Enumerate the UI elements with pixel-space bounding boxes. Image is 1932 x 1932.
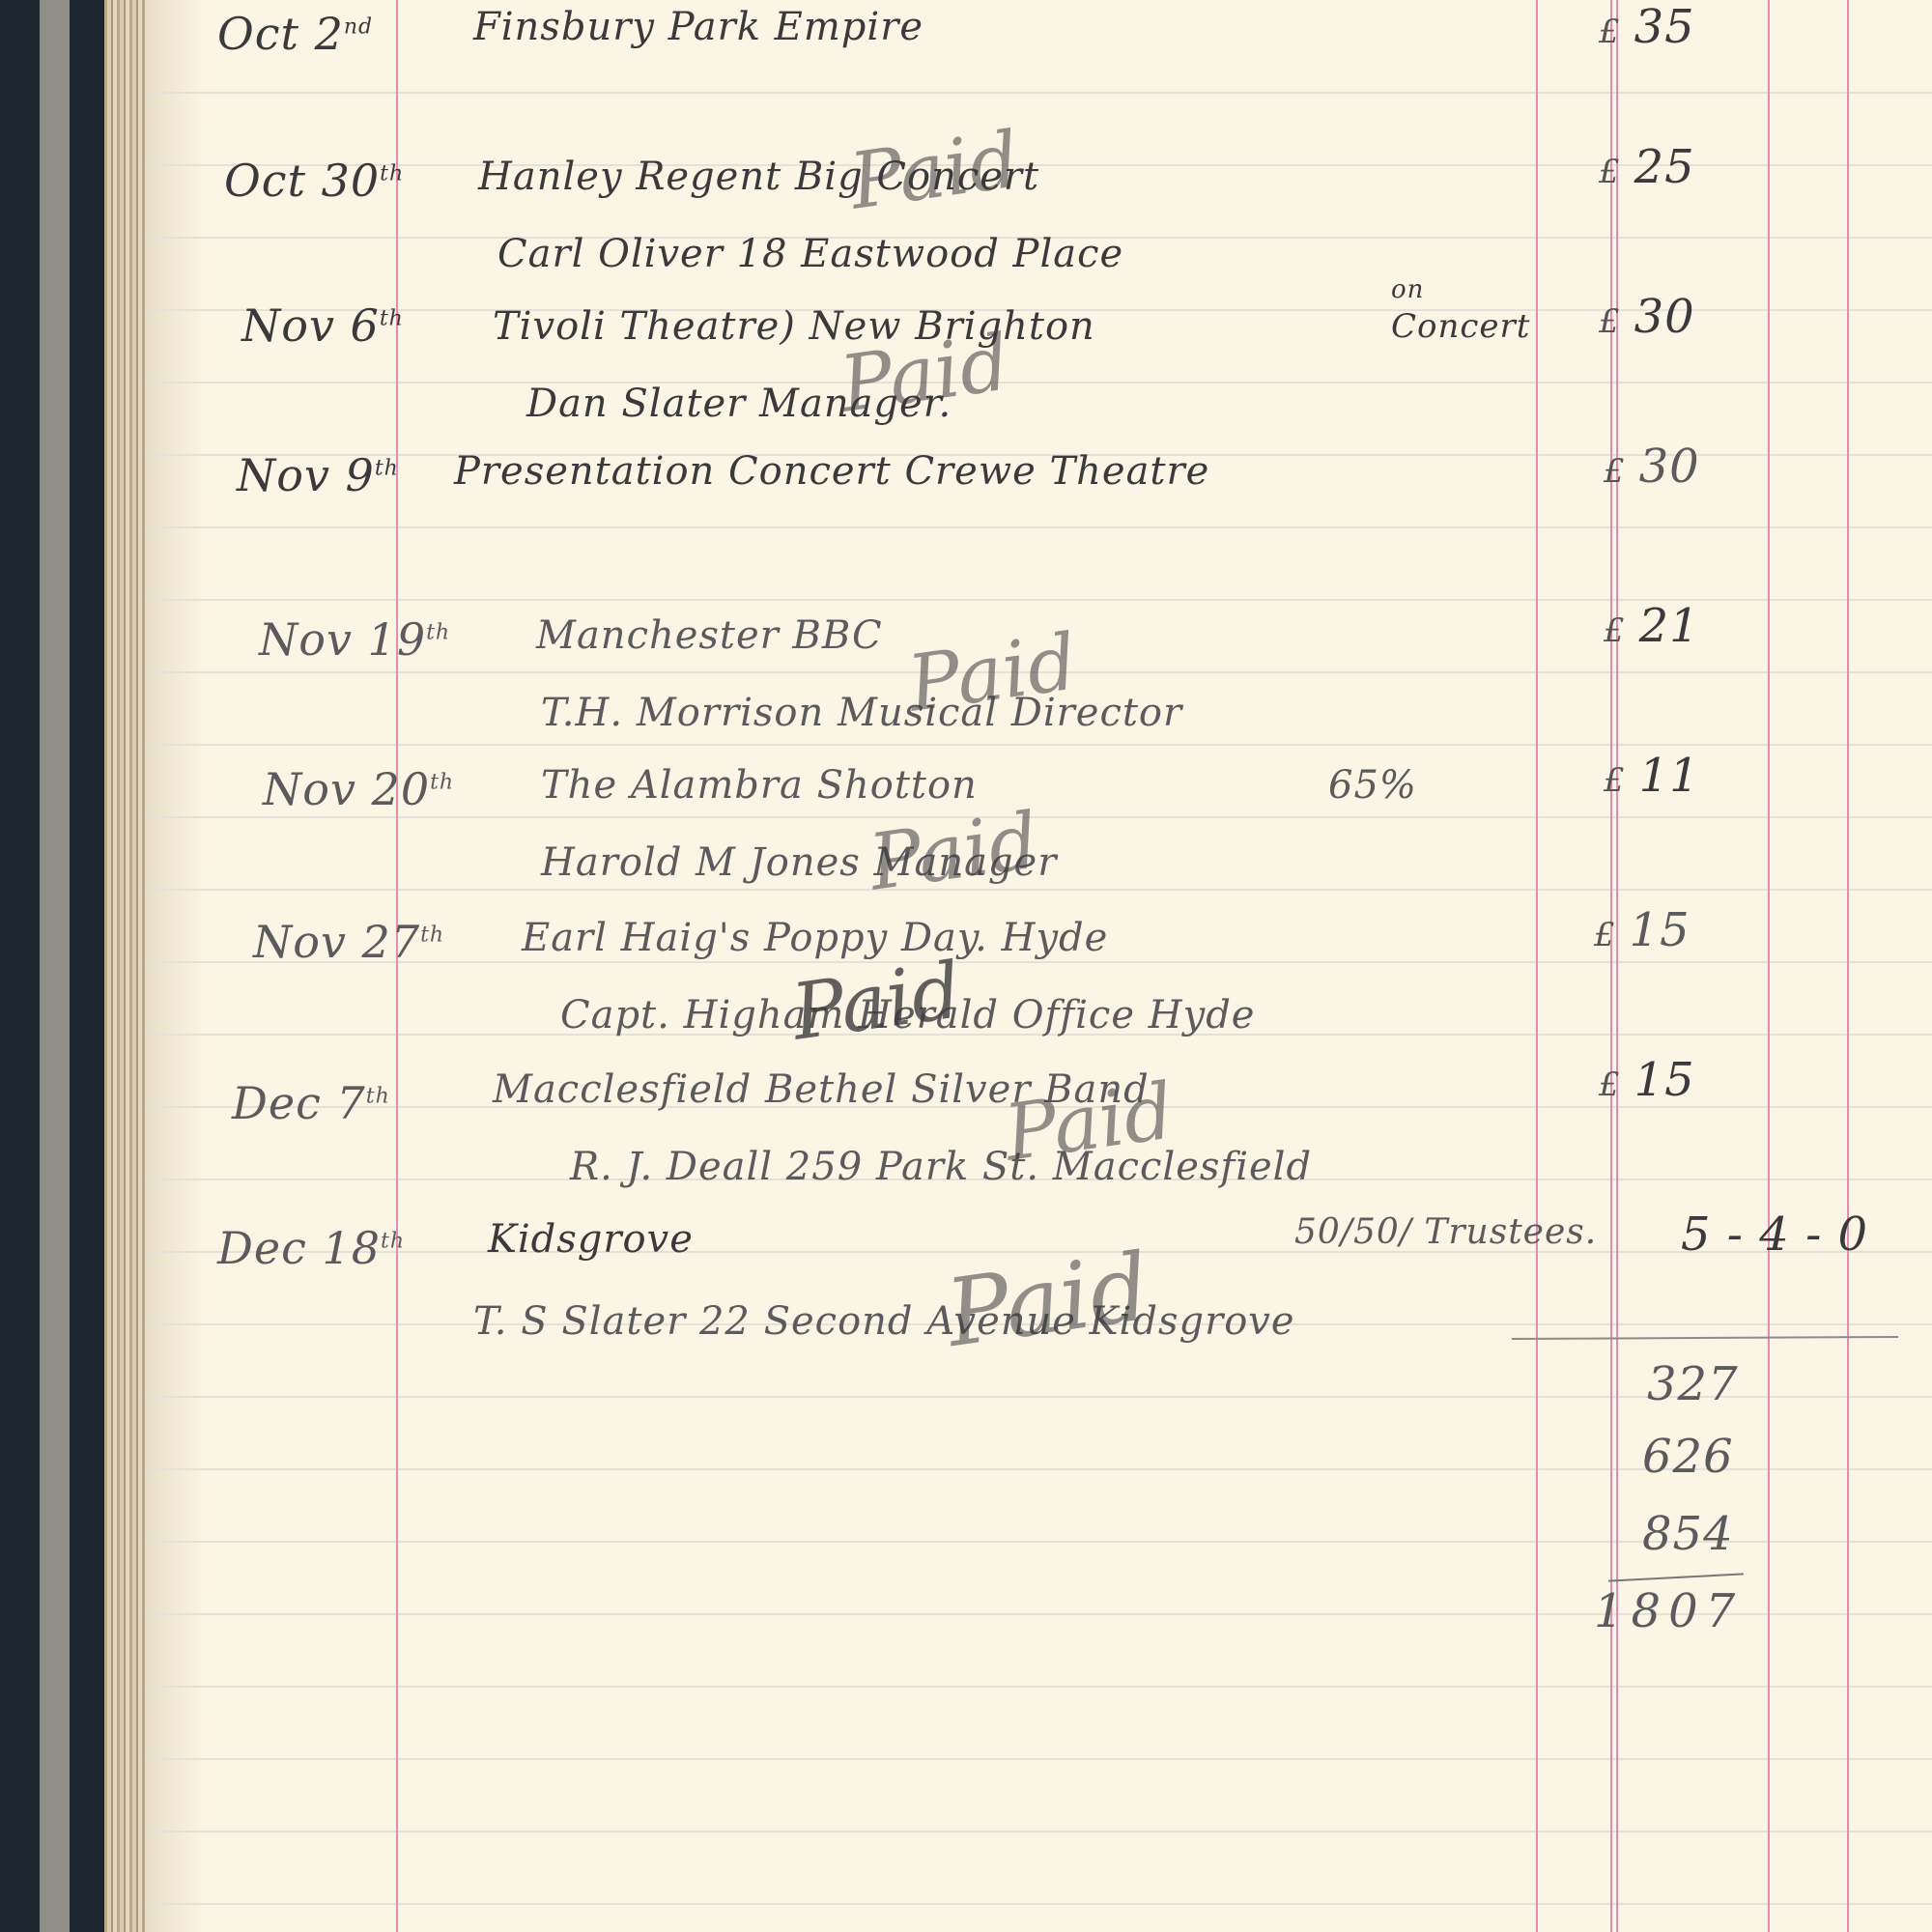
rule-line <box>145 382 1932 384</box>
book-spine <box>70 0 108 1932</box>
rule-line <box>145 816 1932 818</box>
entry-date: Nov 9th <box>237 449 399 501</box>
entry-date: Nov 6th <box>241 299 404 352</box>
book-cover-edge <box>0 0 43 1932</box>
tally-total: 1807 <box>1594 1584 1743 1638</box>
entry-venue: Manchester BBC <box>536 613 883 658</box>
entry-contact: R. J. Deall 259 Park St. Macclesfield <box>570 1145 1312 1189</box>
entry-venue: Earl Haig's Poppy Day. Hyde <box>522 916 1108 960</box>
rule-line <box>145 1903 1932 1905</box>
tally-figure: 854 <box>1642 1507 1734 1561</box>
entry-amount: £15 <box>1599 1053 1695 1107</box>
rule-line <box>145 744 1932 746</box>
entry-amount: £21 <box>1604 599 1700 653</box>
rule-line <box>145 1758 1932 1760</box>
rule-line <box>145 526 1932 528</box>
entry-amount: £25 <box>1599 140 1695 194</box>
entry-venue: Presentation Concert Crewe Theatre <box>454 449 1209 494</box>
entry-venue: The Alambra Shotton <box>541 763 978 808</box>
entry-amount: £30 <box>1599 290 1695 344</box>
entry-amount: 5 - 4 - 0 <box>1681 1207 1868 1262</box>
rule-line <box>145 1686 1932 1688</box>
page-edges <box>104 0 151 1932</box>
entry-date: Dec 7th <box>232 1077 390 1129</box>
column-rule <box>1536 0 1538 1932</box>
entry-amount: £11 <box>1604 749 1700 803</box>
column-rule <box>1768 0 1770 1932</box>
rule-line <box>145 889 1932 891</box>
entry-note: 65% <box>1328 763 1417 808</box>
entry-contact: Carl Oliver 18 Eastwood Place <box>497 232 1123 276</box>
cover-gap <box>40 0 72 1932</box>
entry-contact: T. S Slater 22 Second Avenue Kidsgrove <box>473 1299 1295 1344</box>
entry-date: Nov 27th <box>253 916 444 968</box>
column-rule <box>1847 0 1849 1932</box>
entry-date: Oct 30th <box>224 155 404 207</box>
entry-date: Oct 2nd <box>217 8 373 60</box>
entry-contact: T.H. Morrison Musical Director <box>541 691 1182 735</box>
tally-figure: 327 <box>1647 1357 1739 1411</box>
entry-amount: £30 <box>1604 440 1700 494</box>
entry-amount: £15 <box>1594 903 1690 957</box>
entry-note: 50/50/ Trustees. <box>1294 1212 1597 1252</box>
entry-note: on <box>1391 275 1424 304</box>
rule-line <box>145 92 1932 94</box>
entry-date: Nov 20th <box>263 763 454 815</box>
entry-note: Concert <box>1391 307 1530 346</box>
rule-line <box>145 1831 1932 1833</box>
entry-venue: Kidsgrove <box>488 1217 694 1262</box>
entry-date: Nov 19th <box>259 613 450 666</box>
entry-amount: £35 <box>1599 0 1695 54</box>
entry-venue: Finsbury Park Empire <box>473 5 923 49</box>
tally-figure: 626 <box>1642 1430 1734 1484</box>
entry-date: Dec 18th <box>217 1222 405 1274</box>
